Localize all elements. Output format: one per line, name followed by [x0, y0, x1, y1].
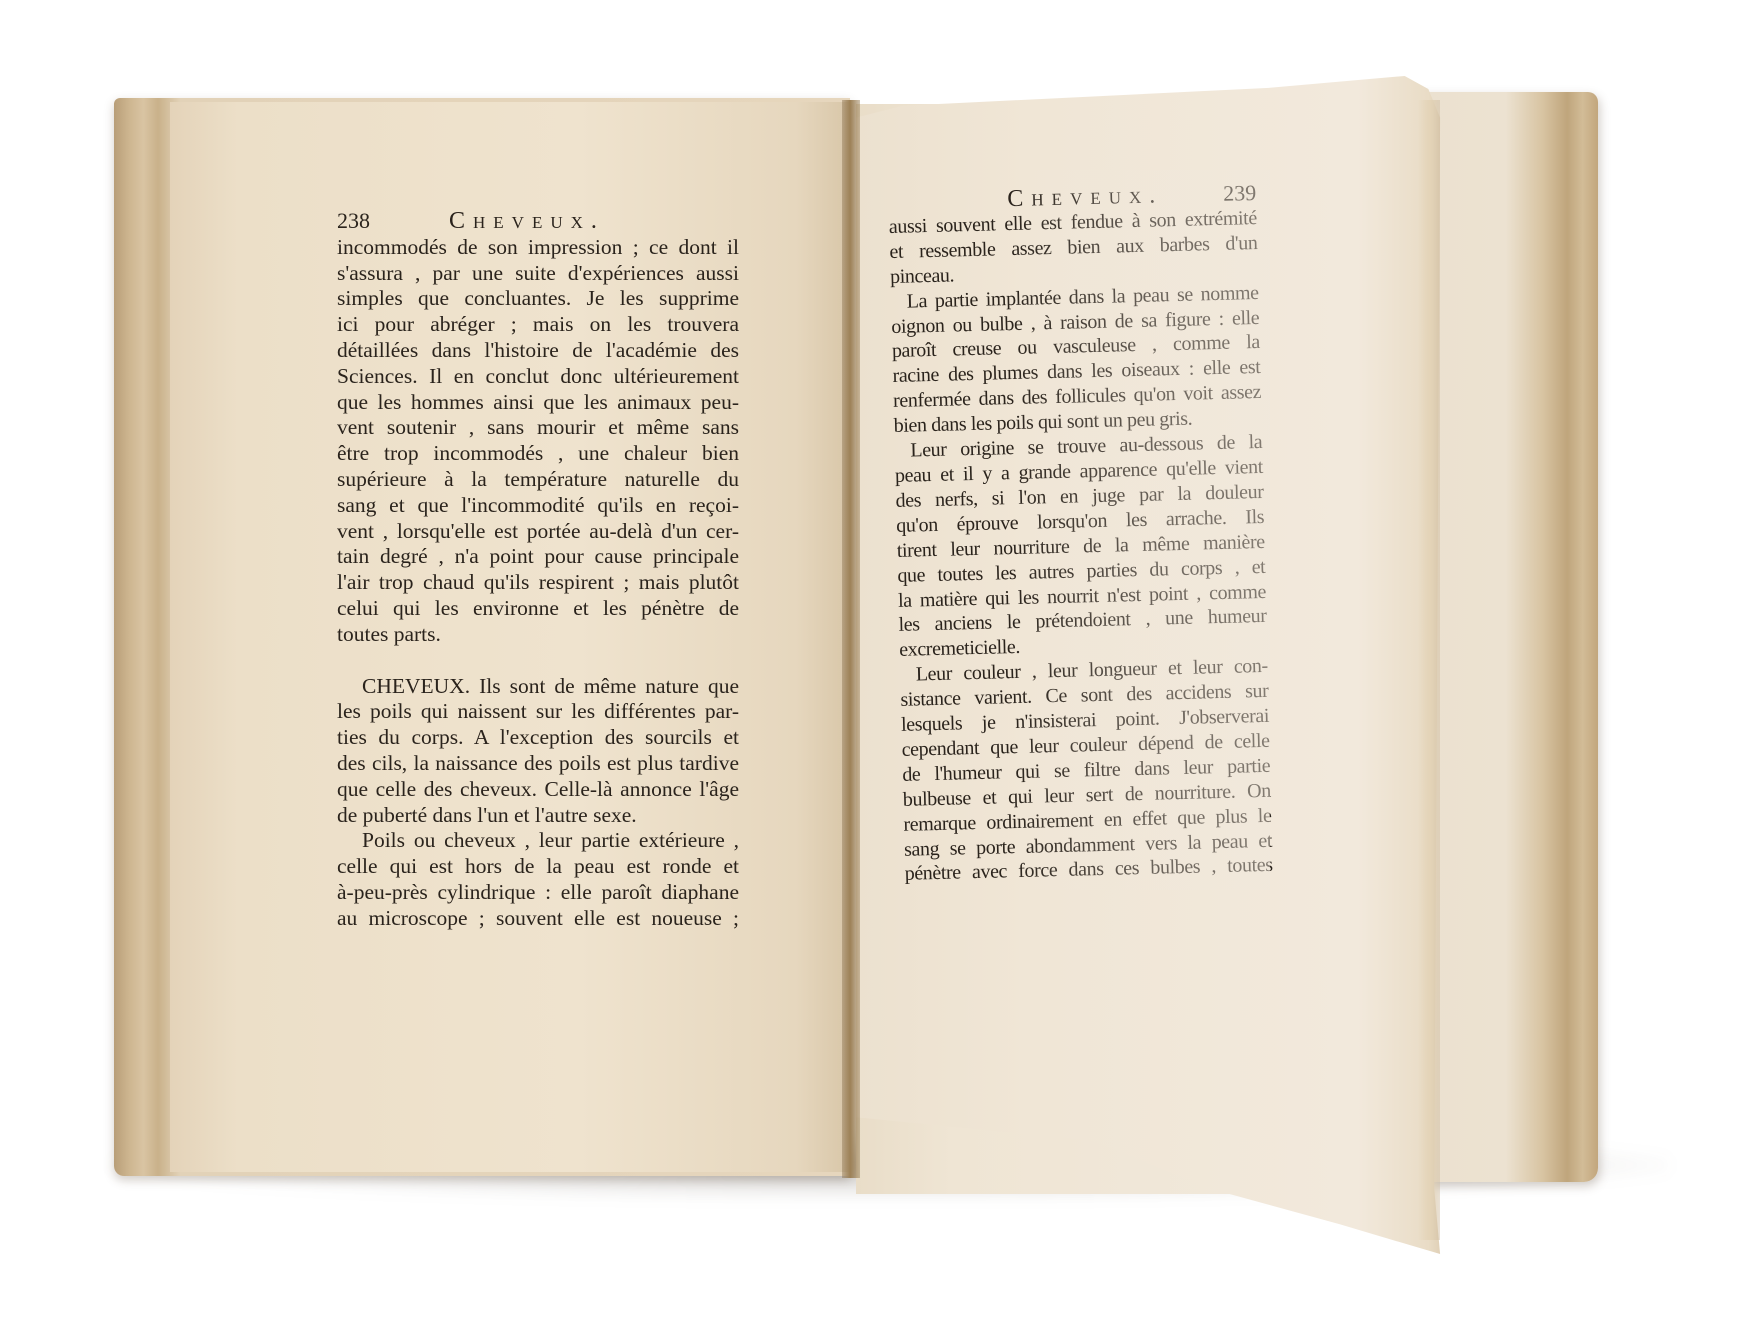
- text-line: au microscope ; souvent elle est noueuse…: [337, 906, 739, 932]
- text-line: ici pour abréger ; mais on les trouvera: [337, 312, 739, 338]
- right-page-text: Cheveux. 239 aussi souvent elle est fend…: [888, 181, 1273, 887]
- running-head-title: Cheveux.: [1007, 183, 1163, 212]
- text-line: détaillées dans l'histoire de l'académie…: [337, 338, 739, 364]
- page-number-238: 238: [337, 208, 449, 234]
- book-gutter: [842, 100, 860, 1178]
- text-line: sang et que l'incommodité qu'ils en reço…: [337, 493, 739, 519]
- left-running-head: 238 Cheveux.: [337, 208, 739, 235]
- text-line: que les hommes ainsi que les animaux peu…: [337, 390, 739, 416]
- text-line: les poils qui naissent sur les différent…: [337, 699, 739, 725]
- text-line: l'air trop chaud qu'ils respirent ; mais…: [337, 570, 739, 596]
- text-line: supérieure à la température naturelle du: [337, 467, 739, 493]
- text-line: ties du corps. A l'exception des sourcil…: [337, 725, 739, 751]
- text-line: Poils ou cheveux , leur partie extérieur…: [337, 828, 739, 854]
- section-heading-line: CHEVEUX. Ils sont de même nature que: [337, 674, 739, 700]
- left-page-text: 238 Cheveux. incommodés de son impressio…: [337, 208, 739, 932]
- text-line: tain degré , n'a point pour cause princi…: [337, 544, 739, 570]
- text-line: celui qui les environne et les pénètre d…: [337, 596, 739, 622]
- text-line: que celle des cheveux. Celle-là annonce …: [337, 777, 739, 803]
- text-line: à-peu-près cylindrique : elle paroît dia…: [337, 880, 739, 906]
- leaf-deckle-edge: [1418, 100, 1440, 1240]
- text-line: simples que concluantes. Je les supprime: [337, 286, 739, 312]
- text-line: incommodés de son impression ; ce dont i…: [337, 235, 739, 261]
- text-line: Sciences. Il en conclut donc ultérieurem…: [337, 364, 739, 390]
- text-line: toutes parts.: [337, 622, 739, 648]
- text-line: de puberté dans l'un et l'autre sexe.: [337, 803, 739, 829]
- running-head-title: Cheveux.: [449, 209, 605, 235]
- text-line: être trop incommodés , une chaleur bien: [337, 441, 739, 467]
- text-line: vent , lorsqu'elle est portée au-delà d'…: [337, 519, 739, 545]
- text-line: s'assura , par une suite d'expériences a…: [337, 261, 739, 287]
- text-line: vent soutenir , sans mourir et même sans: [337, 415, 739, 441]
- text-line: des cils, la naissance des poils est plu…: [337, 751, 739, 777]
- page-number-239: 239: [1223, 181, 1257, 207]
- text-line: celle qui est hors de la peau est ronde …: [337, 854, 739, 880]
- paragraph-gap: [337, 648, 739, 674]
